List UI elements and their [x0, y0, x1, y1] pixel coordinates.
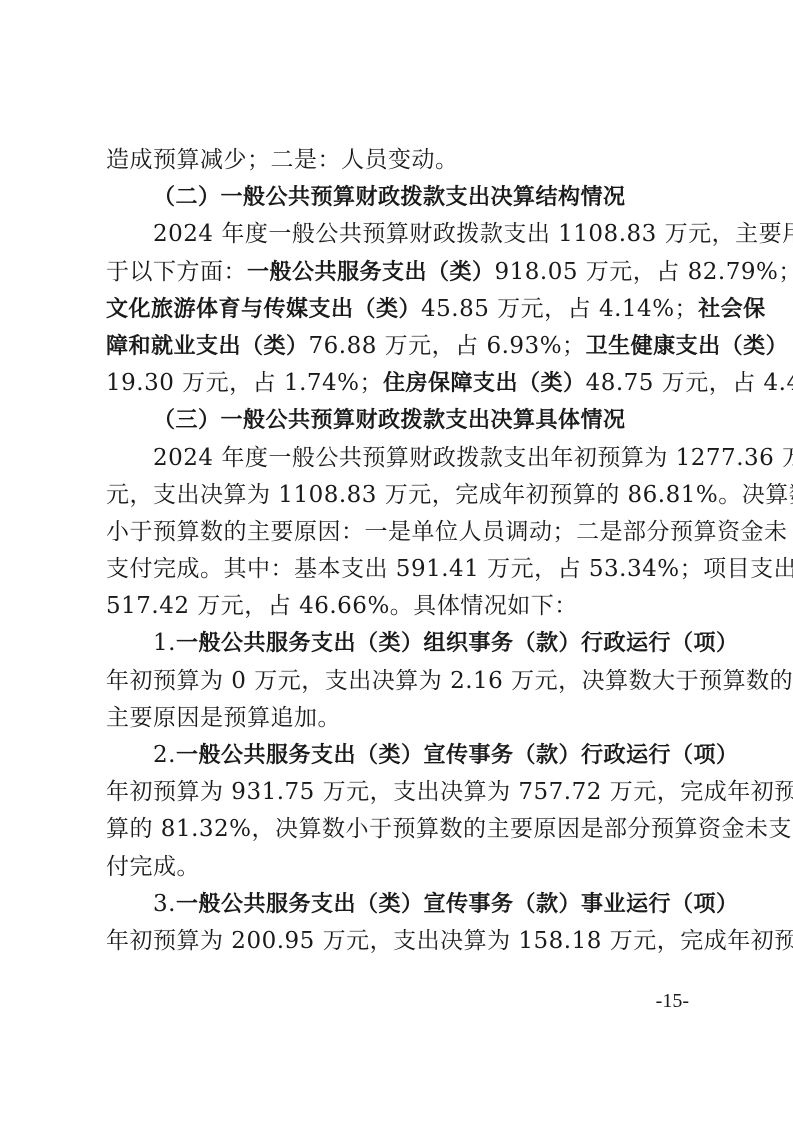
text-run: 于以下方面： [106, 259, 247, 285]
bold-text: 文化旅游体育与传媒支出（类） [106, 297, 421, 322]
paragraph-line: 小于预算数的主要原因：一是单位人员调动；二是部分预算资金未 [106, 514, 696, 551]
paragraph-line: 于以下方面：一般公共服务支出（类）918.05 万元，占 82.79%； [106, 254, 696, 291]
bold-text: 一般公共服务支出（类）宣传事务（款）行政运行（项） [176, 743, 739, 768]
paragraph-first-line: 2024 年度一般公共预算财政拨款支出 1108.83 万元，主要用 [106, 216, 696, 253]
paragraph-line: 年初预算为 931.75 万元，支出决算为 757.72 万元，完成年初预 [106, 774, 696, 811]
paragraph-line: 造成预算减少；二是：人员变动。 [106, 142, 696, 179]
text-run: 19.30 万元，占 1.74%； [106, 370, 383, 396]
bold-text: （三）一般公共预算财政拨款支出决算具体情况 [153, 408, 626, 433]
text-run: 主要原因是预算追加。 [106, 705, 341, 731]
text-run: 45.85 万元，占 4.14%； [421, 296, 698, 322]
bold-text: 障和就业支出（类） [106, 334, 309, 359]
bold-text: 社会保 [698, 297, 766, 322]
text-run: 48.75 万元，占 4.40%。 [586, 370, 793, 396]
text-run: 年初预算为 931.75 万元，支出决算为 757.72 万元，完成年初预 [106, 779, 793, 805]
page-number: -15- [656, 990, 689, 1013]
text-run: 517.42 万元，占 46.66%。具体情况如下： [106, 593, 578, 619]
text-run: 76.88 万元，占 6.93%； [309, 333, 586, 359]
paragraph-line: 文化旅游体育与传媒支出（类）45.85 万元，占 4.14%；社会保 [106, 291, 696, 328]
text-run: 造成预算减少；二是：人员变动。 [106, 147, 459, 173]
paragraph-first-line: 1.一般公共服务支出（类）组织事务（款）行政运行（项） [106, 625, 696, 662]
document-body: 造成预算减少；二是：人员变动。（二）一般公共预算财政拨款支出决算结构情况2024… [106, 142, 696, 960]
text-run: 2024 年度一般公共预算财政拨款支出 1108.83 万元，主要用 [153, 221, 793, 247]
paragraph-line: 517.42 万元，占 46.66%。具体情况如下： [106, 588, 696, 625]
text-run: 付完成。 [106, 854, 200, 880]
text-run: 元，支出决算为 1108.83 万元，完成年初预算的 86.81%。决算数 [106, 482, 793, 508]
text-run: 3. [153, 891, 176, 917]
bold-text: 住房保障支出（类） [383, 371, 586, 396]
paragraph-line: 元，支出决算为 1108.83 万元，完成年初预算的 86.81%。决算数 [106, 477, 696, 514]
bold-text: 卫生健康支出（类） [586, 334, 789, 359]
bold-text: 一般公共服务支出（类）宣传事务（款）事业运行（项） [176, 892, 739, 917]
text-run: 小于预算数的主要原因：一是单位人员调动；二是部分预算资金未 [106, 519, 788, 545]
paragraph-line: 算的 81.32%，决算数小于预算数的主要原因是部分预算资金未支 [106, 811, 696, 848]
text-run: 918.05 万元，占 82.79%； [495, 259, 793, 285]
paragraph-line: 支付完成。其中：基本支出 591.41 万元，占 53.34%；项目支出 [106, 551, 696, 588]
text-run: 算的 81.32%，决算数小于预算数的主要原因是部分预算资金未支 [106, 816, 792, 842]
text-run: 年初预算为 200.95 万元，支出决算为 158.18 万元，完成年初预 [106, 928, 793, 954]
section-heading: （三）一般公共预算财政拨款支出决算具体情况 [106, 402, 696, 439]
bold-text: 一般公共服务支出（类） [247, 260, 495, 285]
section-heading: （二）一般公共预算财政拨款支出决算结构情况 [106, 179, 696, 216]
text-run: 2. [153, 742, 176, 768]
paragraph-first-line: 3.一般公共服务支出（类）宣传事务（款）事业运行（项） [106, 886, 696, 923]
paragraph-first-line: 2.一般公共服务支出（类）宣传事务（款）行政运行（项） [106, 737, 696, 774]
paragraph-line: 年初预算为 200.95 万元，支出决算为 158.18 万元，完成年初预 [106, 923, 696, 960]
bold-text: 一般公共服务支出（类）组织事务（款）行政运行（项） [176, 631, 739, 656]
text-run: 支付完成。其中：基本支出 591.41 万元，占 53.34%；项目支出 [106, 556, 793, 582]
bold-text: （二）一般公共预算财政拨款支出决算结构情况 [153, 185, 626, 210]
paragraph-line: 付完成。 [106, 849, 696, 886]
text-run: 2024 年度一般公共预算财政拨款支出年初预算为 1277.36 万 [153, 445, 793, 471]
paragraph-line: 19.30 万元，占 1.74%；住房保障支出（类）48.75 万元，占 4.4… [106, 365, 696, 402]
paragraph-line: 主要原因是预算追加。 [106, 700, 696, 737]
paragraph-first-line: 2024 年度一般公共预算财政拨款支出年初预算为 1277.36 万 [106, 440, 696, 477]
paragraph-line: 障和就业支出（类）76.88 万元，占 6.93%；卫生健康支出（类） [106, 328, 696, 365]
text-run: 年初预算为 0 万元，支出决算为 2.16 万元，决算数大于预算数的 [106, 668, 793, 694]
paragraph-line: 年初预算为 0 万元，支出决算为 2.16 万元，决算数大于预算数的 [106, 663, 696, 700]
text-run: 1. [153, 630, 176, 656]
